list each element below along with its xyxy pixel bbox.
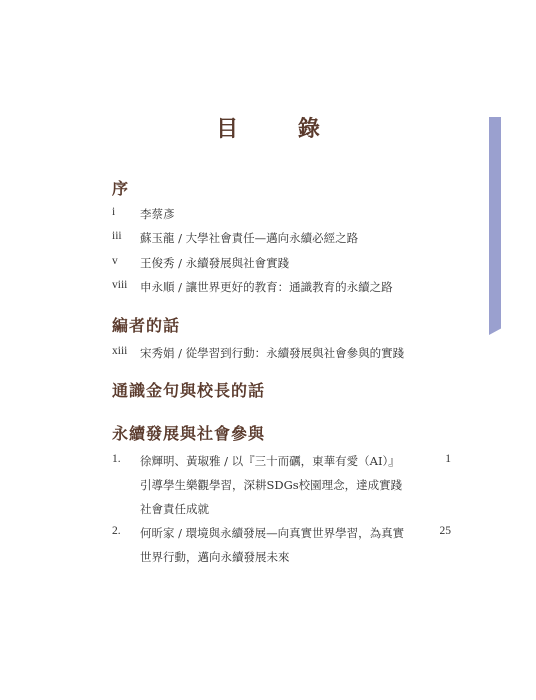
page-title: 目 錄 [0, 112, 536, 143]
toc-entry-line: 引導學生樂觀學習，深耕SDGs校園理念，達成實踐 [140, 477, 402, 493]
toc-entry-number: 2. [112, 525, 121, 537]
toc-page-number: i [112, 206, 140, 222]
toc-entry-line: 徐輝明、黃琡雅 / 以『三十而礪，東華有愛（AI）』 [140, 453, 400, 469]
toc-row[interactable]: xiii 宋秀娟 / 從學習到行動：永續發展與社會參與的實踐 [112, 345, 404, 361]
toc-page-number: viii [112, 279, 140, 295]
toc-entry-line: 社會責任成就 [140, 501, 209, 517]
section-heading-quotes[interactable]: 通識金句與校長的話 [112, 378, 265, 401]
toc-row[interactable]: iii 蘇玉龍 / 大學社會責任—邁向永續必經之路 [112, 230, 358, 246]
toc-page-number: xiii [112, 345, 140, 361]
chapter-side-tab [489, 117, 501, 335]
toc-entry-line: 何昕家 / 環境與永續發展—向真實世界學習，為真實 [140, 525, 404, 541]
toc-entry-line: 世界行動，邁向永續發展未來 [140, 549, 290, 565]
section-heading-sustainability: 永續發展與社會參與 [112, 421, 265, 444]
toc-entry-text: 李蔡彥 [140, 206, 175, 222]
toc-entry-page: 25 [431, 525, 451, 537]
toc-entry-text: 宋秀娟 / 從學習到行動：永續發展與社會參與的實踐 [140, 345, 404, 361]
toc-page-number: v [112, 255, 140, 271]
toc-page-number: iii [112, 230, 140, 246]
toc-entry-page: 1 [431, 453, 451, 465]
toc-row[interactable]: viii 申永順 / 讓世界更好的教育：通識教育的永續之路 [112, 279, 393, 295]
section-heading-editor: 編者的話 [112, 313, 180, 336]
toc-entry-text: 申永順 / 讓世界更好的教育：通識教育的永續之路 [140, 279, 393, 295]
section-heading-preface: 序 [112, 176, 129, 199]
toc-entry-text: 蘇玉龍 / 大學社會責任—邁向永續必經之路 [140, 230, 358, 246]
toc-row[interactable]: i 李蔡彥 [112, 206, 175, 222]
toc-entry-number: 1. [112, 453, 121, 465]
toc-entry-text: 王俊秀 / 永續發展與社會實踐 [140, 255, 289, 271]
toc-row[interactable]: v 王俊秀 / 永續發展與社會實踐 [112, 255, 289, 271]
